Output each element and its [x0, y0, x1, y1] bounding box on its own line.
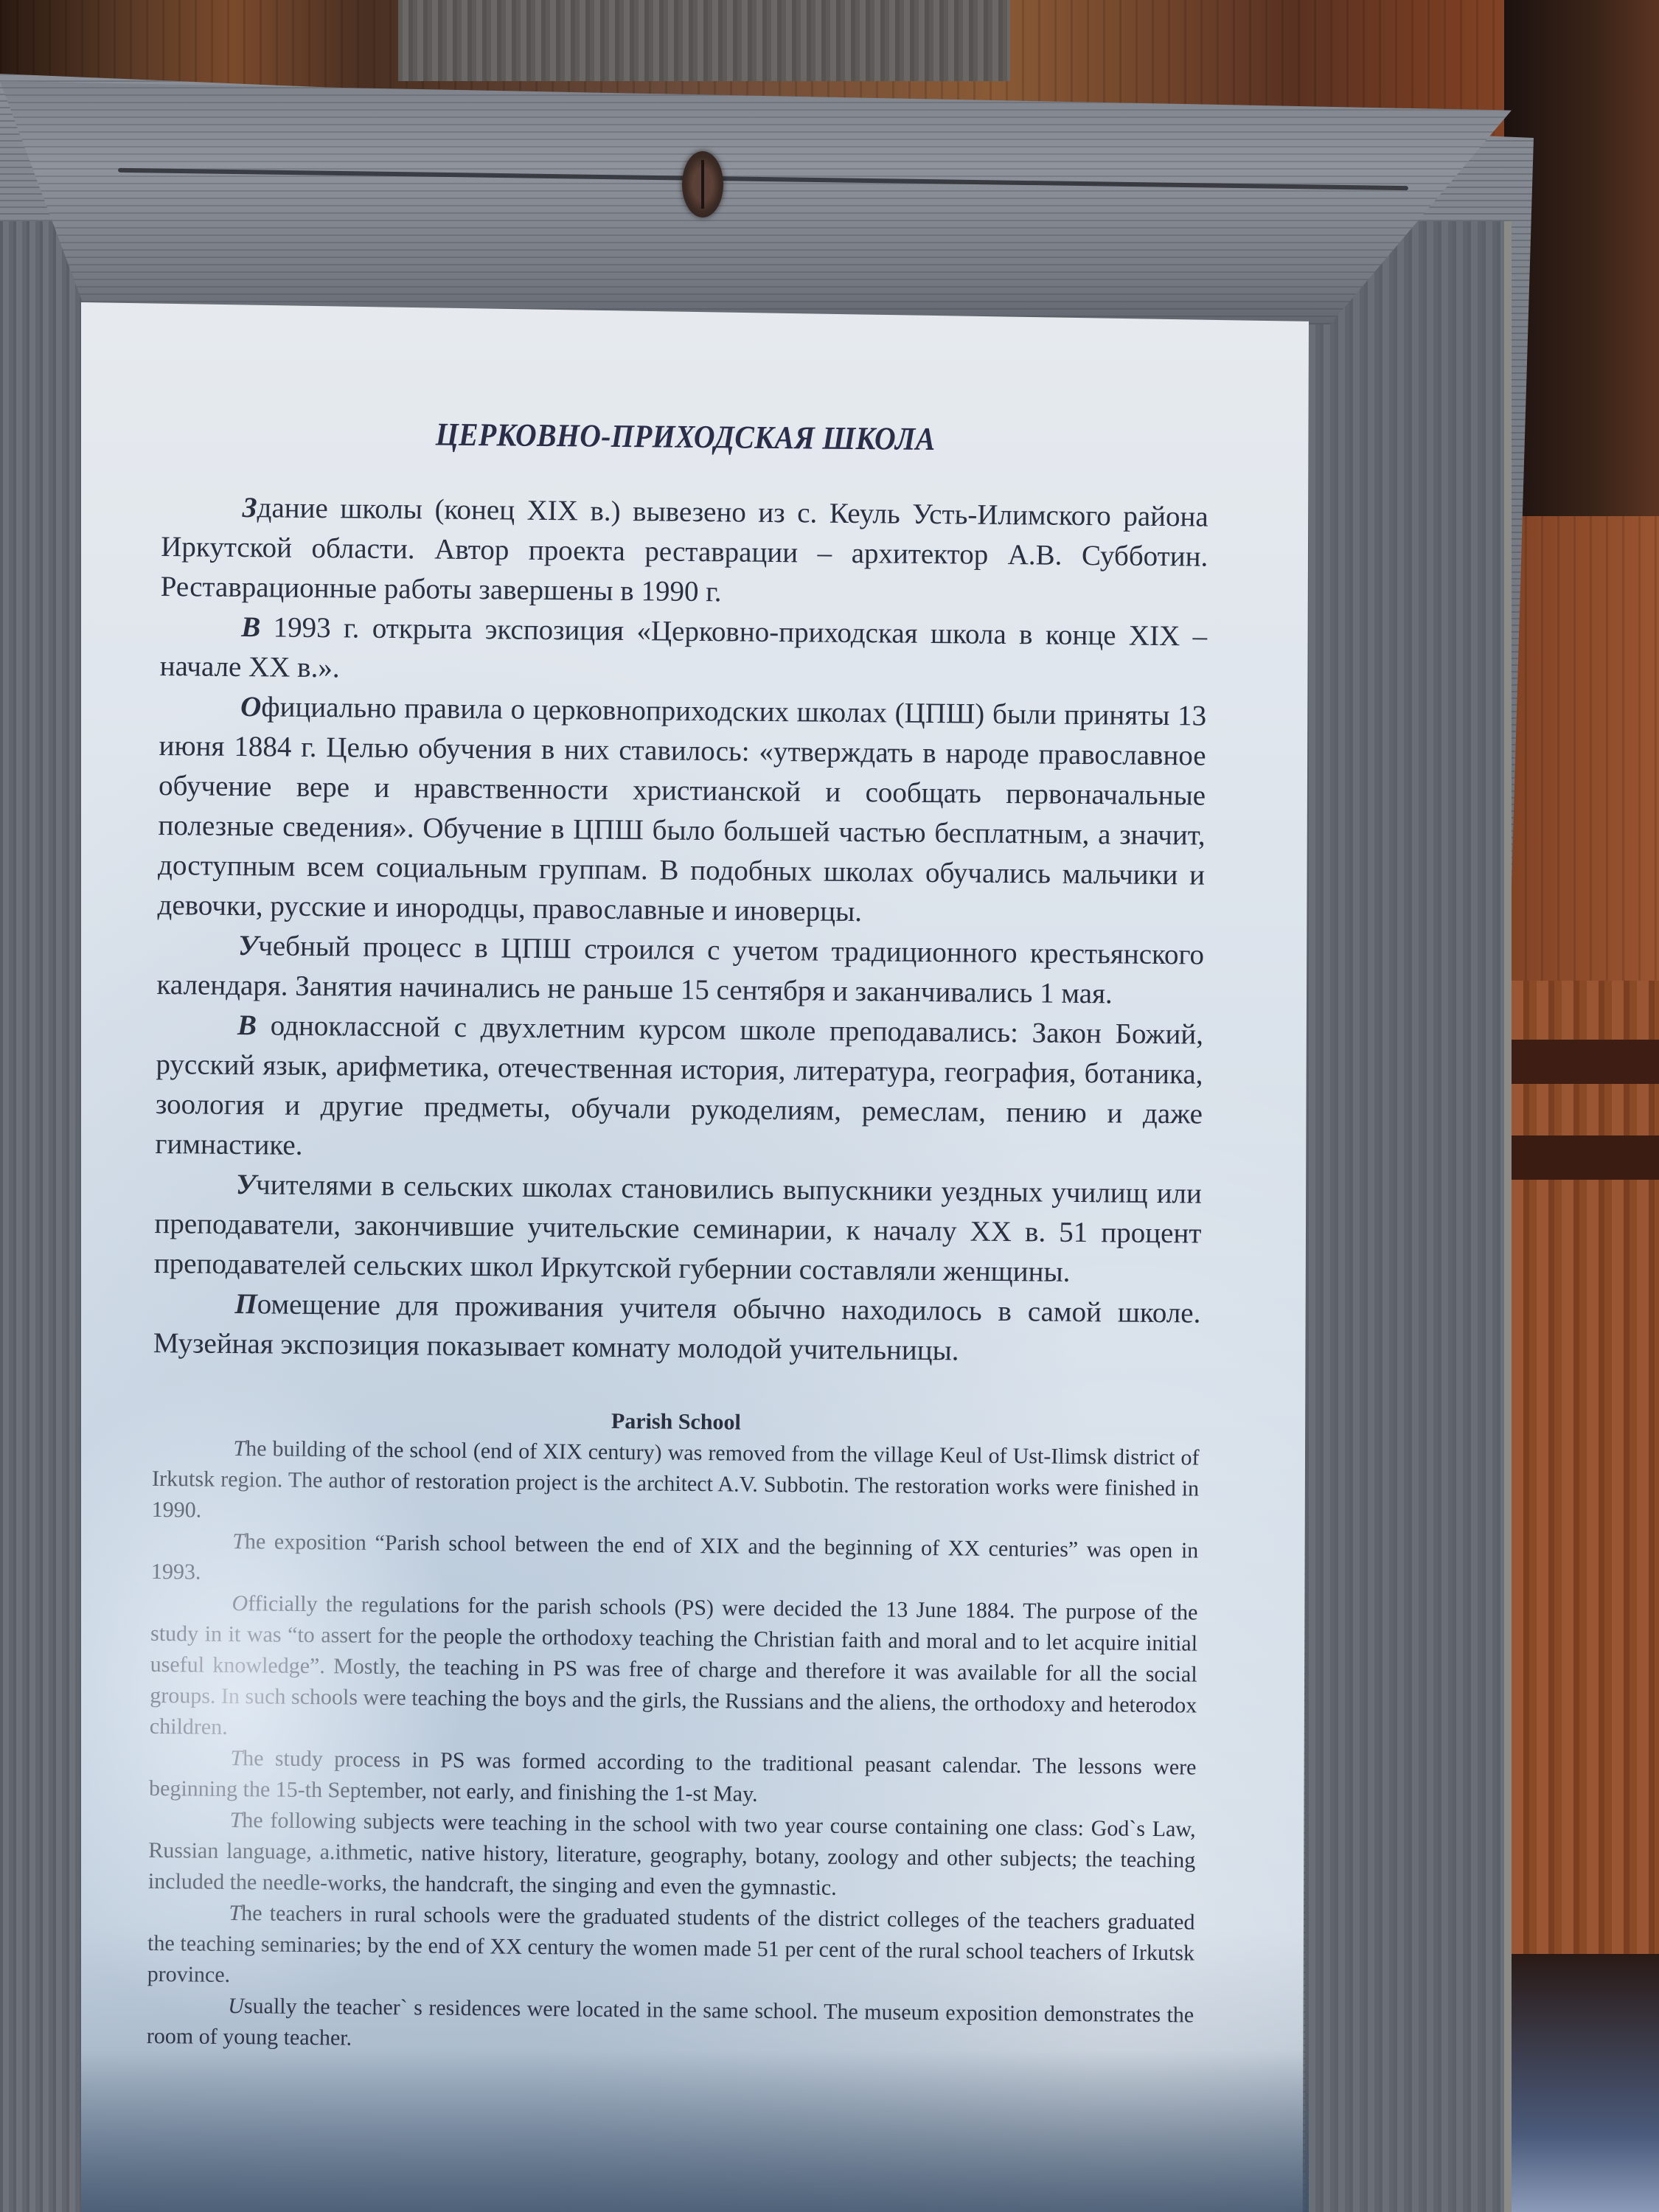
wall-plank: [398, 0, 1010, 81]
ru-paragraph: В 1993 г. открыта экспозиция «Церковно-п…: [159, 607, 1207, 697]
en-paragraph: Usually the teacher` s residences were l…: [147, 1990, 1194, 2062]
screw-icon: [682, 151, 723, 218]
russian-section: ЦЕРКОВНО-ПРИХОДСКАЯ ШКОЛА Здание школы (…: [153, 413, 1209, 1374]
placard-text: ЦЕРКОВНО-ПРИХОДСКАЯ ШКОЛА Здание школы (…: [147, 413, 1209, 2062]
ru-paragraph: Учителями в сельских школах становились …: [154, 1164, 1202, 1294]
en-paragraph: Officially the regulations for the paris…: [150, 1587, 1198, 1753]
en-paragraph: The building of the school (end of XIX c…: [152, 1433, 1200, 1536]
snow-background: [1504, 1954, 1659, 2212]
frame-right-rail: [1305, 221, 1512, 2212]
ru-paragraph: В одноклассной с двухлетним курсом школе…: [155, 1005, 1203, 1175]
ru-paragraph: Здание школы (конец XIX в.) вывезено из …: [160, 487, 1208, 617]
en-paragraph: The study process in PS was formed accor…: [149, 1742, 1197, 1815]
wall-boards: [1504, 981, 1659, 1954]
russian-title: ЦЕРКОВНО-ПРИХОДСКАЯ ШКОЛА: [215, 414, 1157, 460]
ru-paragraph: Официально правила о церковноприходских …: [157, 686, 1206, 936]
en-paragraph: The teachers in rural schools were the g…: [147, 1897, 1194, 2000]
ru-paragraph: Помещение для проживания учителя обычно …: [153, 1284, 1201, 1374]
en-paragraph: The exposition “Parish school between th…: [151, 1526, 1199, 1598]
ru-paragraph: Учебный процесс в ЦПШ строился с учетом …: [156, 925, 1204, 1015]
english-section: Parish School The building of the school…: [147, 1405, 1200, 2062]
frame-top-rail: [0, 81, 1512, 324]
frame-left-rail: [0, 221, 88, 2212]
en-paragraph: The following subjects were teaching in …: [148, 1804, 1196, 1907]
